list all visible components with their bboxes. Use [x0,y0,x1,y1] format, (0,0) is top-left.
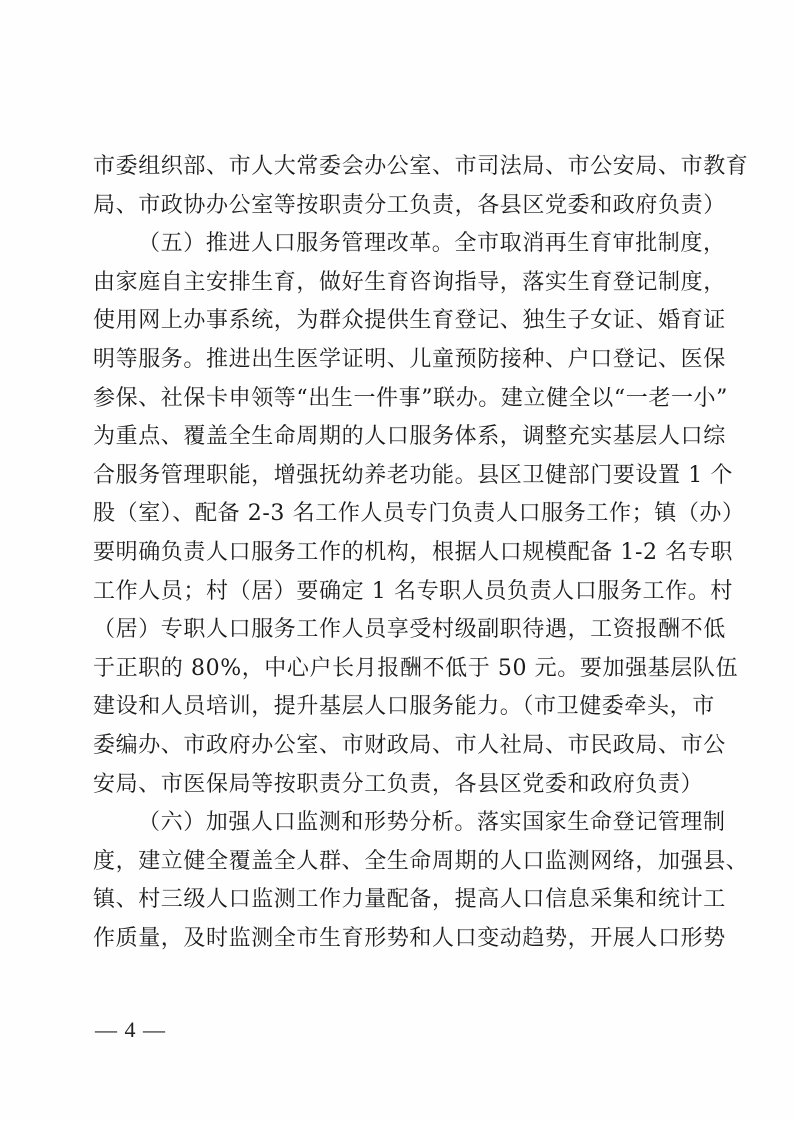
text-line: 股（室）、配备 2-3 名工作人员专门负责人口服务工作；镇（办） [93,495,693,534]
text-line: 市委组织部、市人大常委会办公室、市司法局、市公安局、市教育 [93,148,693,187]
text-line: 工作人员；村（居）要确定 1 名专职人员负责人口服务工作。村 [93,573,693,612]
section-heading-line: （六）加强人口监测和形势分析。落实国家生命登记管理制 [93,804,693,843]
text-line: 局、市政协办公室等按职责分工负责，各县区党委和政府负责） [93,187,693,226]
text-line: 安局、市医保局等按职责分工负责，各县区党委和政府负责） [93,766,693,805]
text-line: （居）专职人口服务工作人员享受村级副职待遇，工资报酬不低 [93,611,693,650]
text-line: 使用网上办事系统，为群众提供生育登记、独生子女证、婚育证 [93,302,693,341]
text-line: 要明确负责人口服务工作的机构，根据人口规模配备 1-2 名专职 [93,534,693,573]
text-line: 合服务管理职能，增强抚幼养老功能。县区卫健部门要设置 1 个 [93,457,693,496]
text-line: 为重点、覆盖全生命周期的人口服务体系，调整充实基层人口综 [93,418,693,457]
text-line: 度，建立健全覆盖全人群、全生命周期的人口监测网络，加强县、 [93,843,693,882]
document-page: 市委组织部、市人大常委会办公室、市司法局、市公安局、市教育 局、市政协办公室等按… [0,0,793,1121]
text-line: 镇、村三级人口监测工作力量配备，提高人口信息采集和统计工 [93,881,693,920]
section-heading-line: （五）推进人口服务管理改革。全市取消再生育审批制度， [93,225,693,264]
text-line: 于正职的 80%，中心户长月报酬不低于 50 元。要加强基层队伍 [93,650,693,689]
text-line: 委编办、市政府办公室、市财政局、市人社局、市民政局、市公 [93,727,693,766]
text-line: 参保、社保卡申领等“出生一件事”联办。建立健全以“一老一小” [93,380,693,419]
body-text: 市委组织部、市人大常委会办公室、市司法局、市公安局、市教育 局、市政协办公室等按… [93,148,693,958]
text-line: 建设和人员培训，提升基层人口服务能力。（市卫健委牵头，市 [93,688,693,727]
page-number: — 4 — [95,1017,166,1043]
text-line: 作质量，及时监测全市生育形势和人口变动趋势，开展人口形势 [93,920,693,959]
text-line: 明等服务。推进出生医学证明、儿童预防接种、户口登记、医保 [93,341,693,380]
text-line: 由家庭自主安排生育，做好生育咨询指导，落实生育登记制度， [93,264,693,303]
